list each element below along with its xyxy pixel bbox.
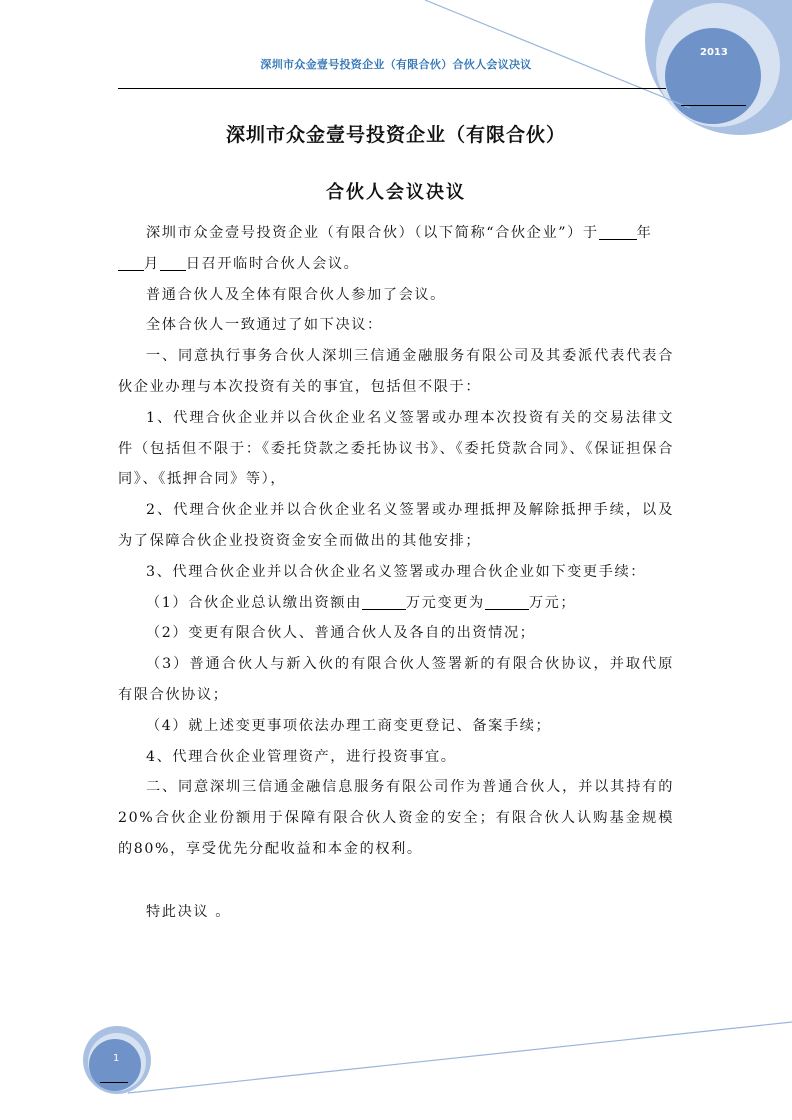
sub-item-3-2: （2）变更有限合伙人、普通合伙人及各自的出资情况； <box>118 618 674 649</box>
top-diagonal-line <box>425 0 690 108</box>
page-number-rule <box>100 1082 128 1083</box>
day-blank <box>160 254 186 271</box>
sub-item-3-1: （1）合伙企业总认缴出资额由万元变更为万元； <box>118 588 674 619</box>
header-rule <box>118 88 666 89</box>
intro-paragraph: 深圳市众金壹号投资企业（有限合伙）（以下简称“合伙企业”）于年月日召开临时合伙人… <box>118 218 674 280</box>
sub-item-1: 1、代理合伙企业并以合伙企业名义签署或办理本次投资有关的交易法律文件（包括但不限… <box>118 403 674 495</box>
amount-from-blank <box>362 593 406 610</box>
s3-1-mid: 万元变更为 <box>406 595 485 611</box>
s3-1-suffix: 万元； <box>529 595 576 611</box>
year-blank <box>599 223 637 240</box>
resolution-item-two: 二、同意深圳三信通金融信息服务有限公司作为普通合伙人，并以其持有的20%合伙企业… <box>118 772 674 864</box>
year-unit: 年 <box>637 225 653 241</box>
sub-item-3-4: （4）就上述变更事项依法办理工商变更登记、备案手续； <box>118 711 674 742</box>
resolution-item-one: 一、同意执行事务合伙人深圳三信通金融服务有限公司及其委派代表代表合伙企业办理与本… <box>118 341 674 403</box>
month-blank <box>118 254 144 271</box>
page-number: 1 <box>113 1053 119 1064</box>
year-label: 2013 <box>700 47 728 58</box>
year-rule <box>681 105 746 106</box>
s3-1-prefix: （1）合伙企业总认缴出资额由 <box>146 595 362 611</box>
bottom-diagonal-line <box>128 1022 792 1093</box>
running-header-title: 深圳市众金壹号投资企业（有限合伙）合伙人会议决议 <box>0 56 792 72</box>
document-subtitle: 合伙人会议决议 <box>0 178 792 204</box>
intro-text-end: 日召开临时合伙人会议。 <box>186 256 360 272</box>
closing-statement: 特此决议 。 <box>118 897 674 928</box>
document-title: 深圳市众金壹号投资企业（有限合伙） <box>0 120 792 147</box>
month-unit: 月 <box>144 256 160 272</box>
sub-item-3-3: （3）普通合伙人与新入伙的有限合伙人签署新的有限合伙协议，并取代原有限合伙协议； <box>118 649 674 711</box>
sub-item-4: 4、代理合伙企业管理资产，进行投资事宜。 <box>118 742 674 773</box>
attendance-paragraph: 普通合伙人及全体有限合伙人参加了会议。 <box>118 280 674 311</box>
sub-item-3: 3、代理合伙企业并以合伙企业名义签署或办理合伙企业如下变更手续： <box>118 557 674 588</box>
amount-to-blank <box>485 593 529 610</box>
sub-item-2: 2、代理合伙企业并以合伙企业名义签署或办理抵押及解除抵押手续，以及为了保障合伙企… <box>118 495 674 557</box>
resolution-intro: 全体合伙人一致通过了如下决议： <box>118 310 674 341</box>
intro-text: 深圳市众金壹号投资企业（有限合伙）（以下简称“合伙企业”）于 <box>146 225 599 241</box>
document-body: 深圳市众金壹号投资企业（有限合伙）（以下简称“合伙企业”）于年月日召开临时合伙人… <box>118 218 674 928</box>
